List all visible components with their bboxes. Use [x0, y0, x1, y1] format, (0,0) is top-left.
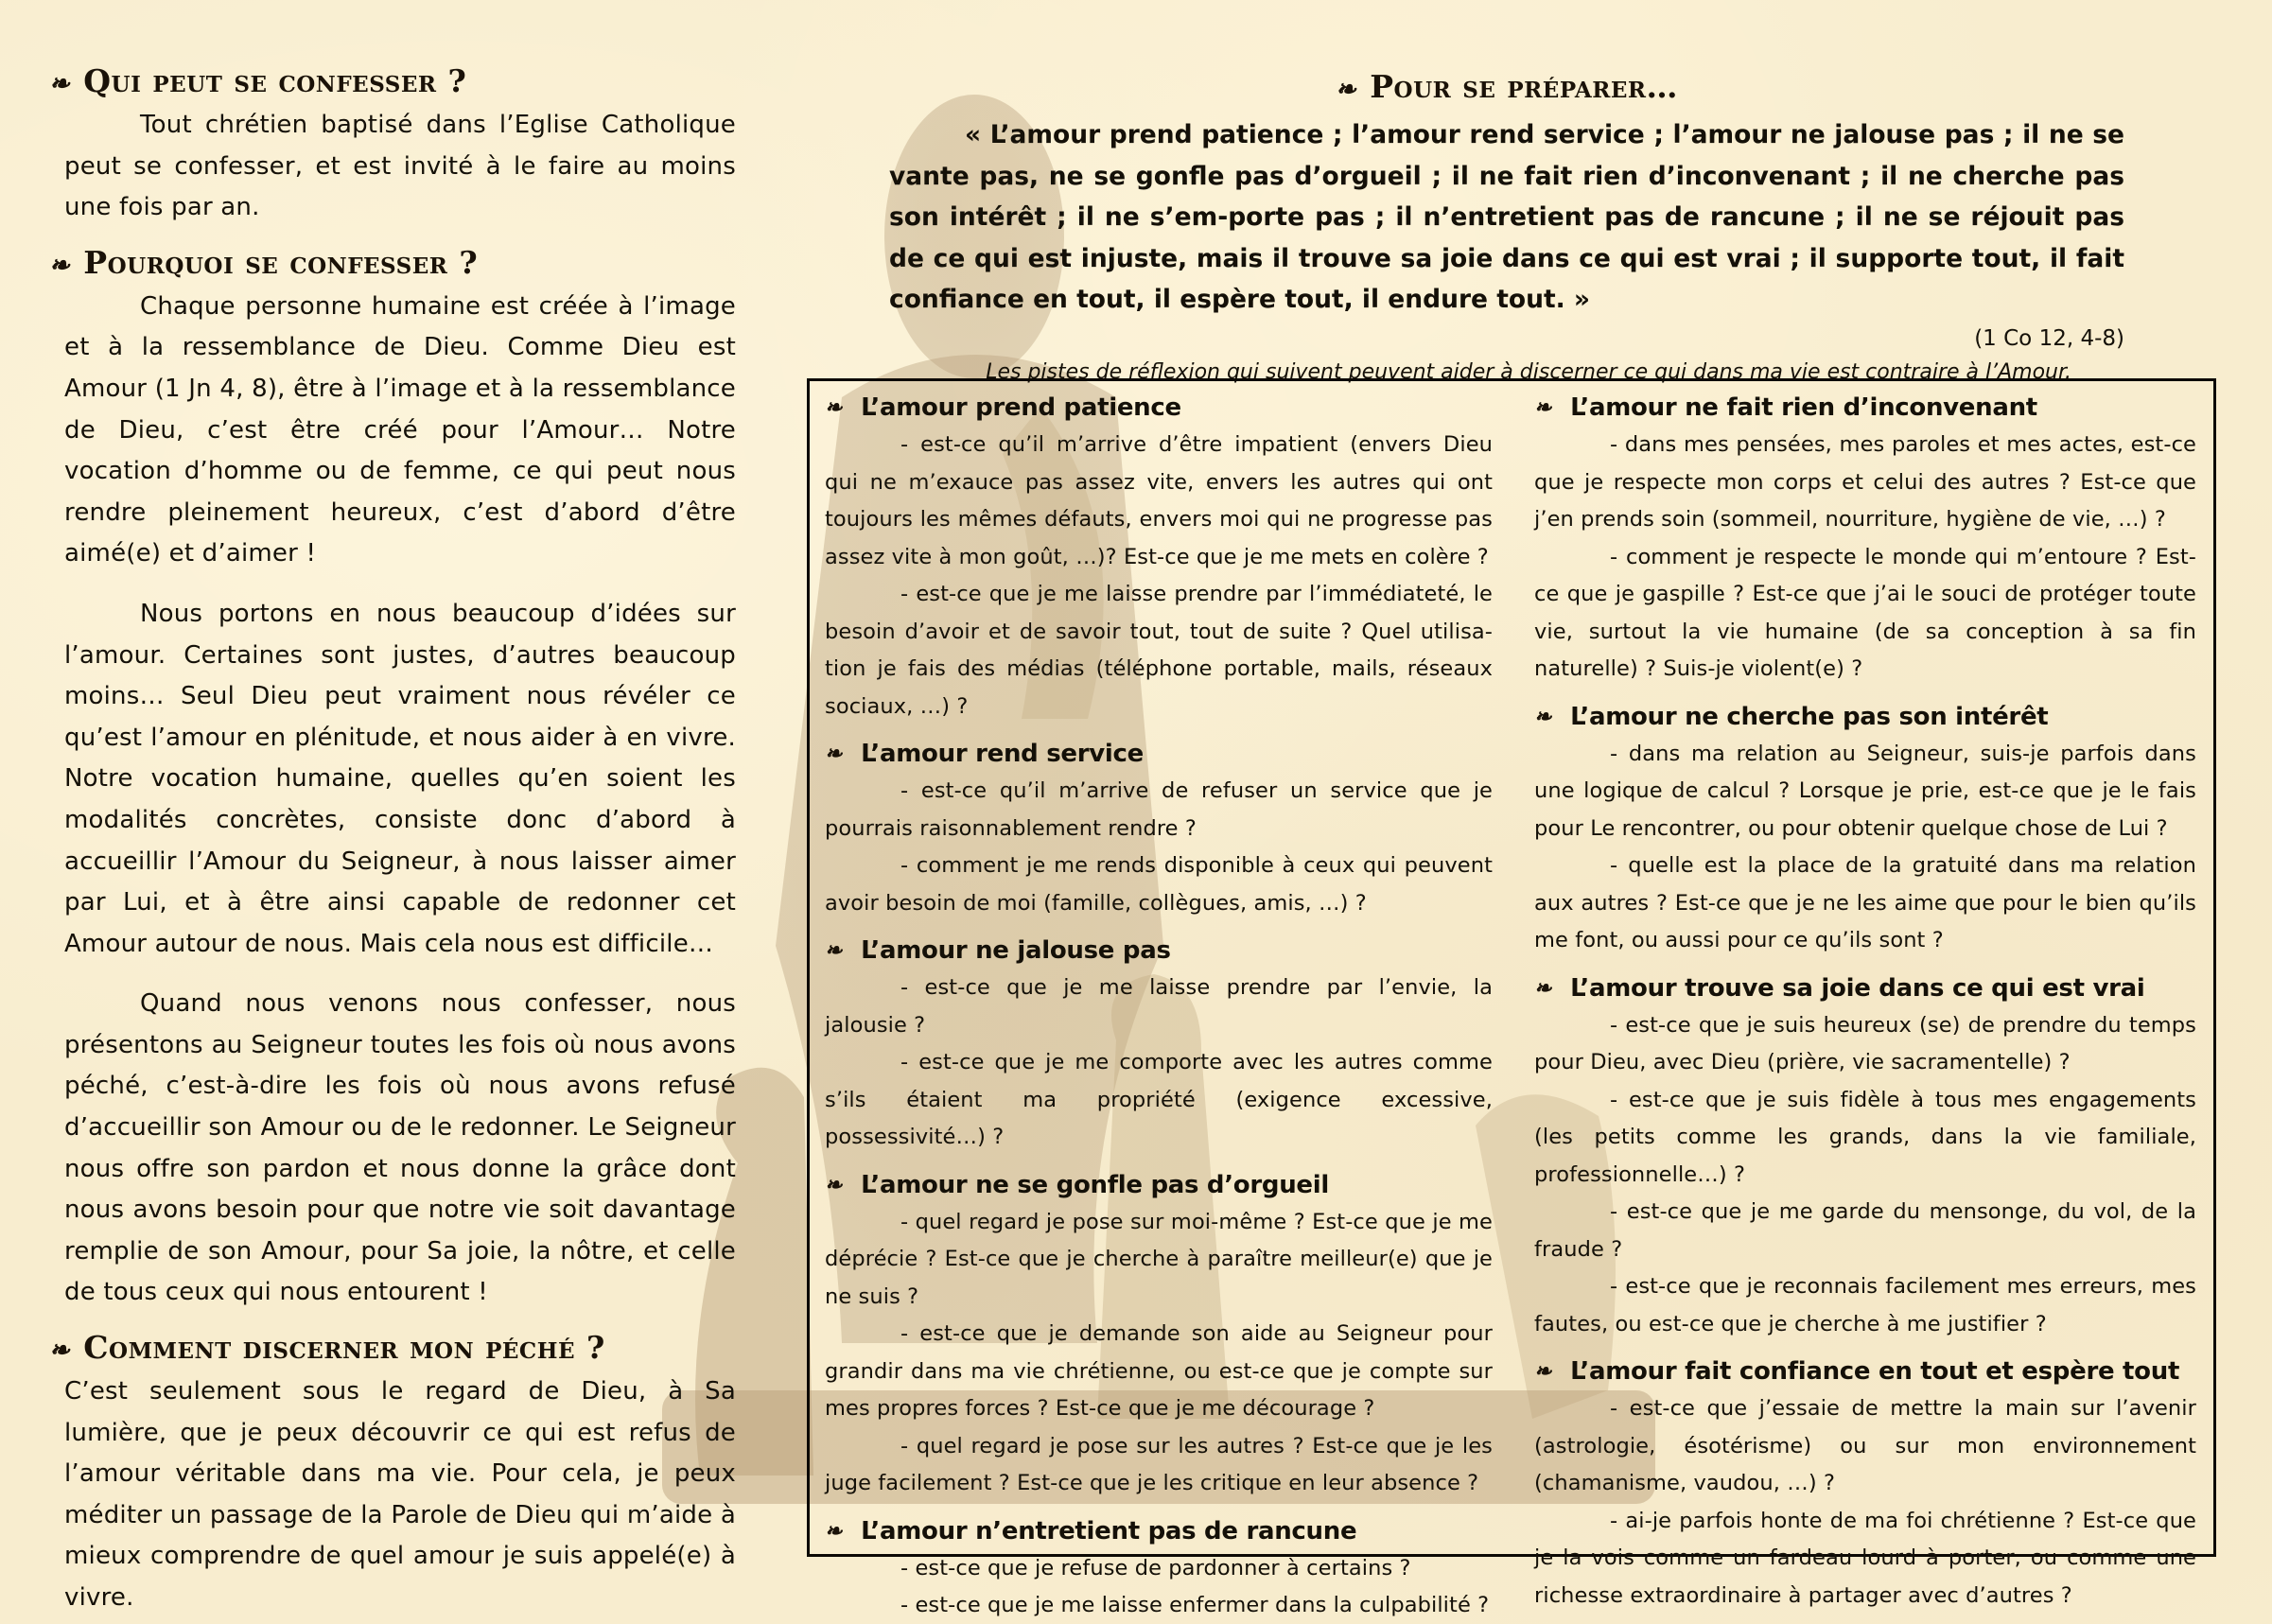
question: - est-ce que je me garde du mensonge, du… — [1534, 1194, 2196, 1268]
paragraph: Nous portons en nous beaucoup d’idées su… — [49, 594, 736, 965]
question: - quel regard je pose sur les autres ? E… — [825, 1428, 1493, 1503]
question: - dans ma relation au Seigneur, suis-je … — [1534, 736, 2196, 848]
question: - quelle est la place de la gratuité dan… — [1534, 847, 2196, 960]
fleuron-icon: ❧ — [825, 735, 842, 773]
item-title: L’amour rend service — [861, 735, 1144, 773]
prepare-section: ❧ Pour se préparer… « L’amour prend pati… — [889, 66, 2124, 389]
fleuron-icon: ❧ — [49, 245, 70, 287]
paragraph: Chaque personne humaine est créée à l’im… — [49, 287, 736, 575]
item-title: L’amour n’entretient pas de rancune — [861, 1512, 1356, 1550]
question: - est-ce que je reconnais facilement mes… — [1534, 1268, 2196, 1343]
fleuron-icon: ❧ — [49, 1330, 70, 1371]
question: - est-ce que je me laisse prendre par l’… — [825, 576, 1493, 725]
paragraph: C’est seulement sous le regard de Dieu, … — [49, 1371, 736, 1619]
exam-item-inconvenant: ❧L’amour ne fait rien d’inconvenant - da… — [1534, 389, 2196, 689]
exam-item-confiance: ❧L’amour fait confiance en tout et espèr… — [1534, 1353, 2196, 1615]
question: - comment je respecte le monde qui m’ent… — [1534, 539, 2196, 689]
exam-item-service: ❧L’amour rend service - est-ce qu’il m’a… — [825, 735, 1493, 922]
question: - est-ce que je me laisse enfermer dans … — [825, 1587, 1493, 1624]
box-right-column: ❧L’amour ne fait rien d’inconvenant - da… — [1512, 381, 2213, 1554]
item-title: L’amour ne jalouse pas — [861, 932, 1170, 969]
paragraph: Tout chrétien baptisé dans l’Eglise Cath… — [49, 105, 736, 229]
section-heading-qui-peut: ❧ Qui peut se confesser ? — [49, 61, 736, 105]
left-column: ❧ Qui peut se confesser ? Tout chrétien … — [49, 61, 736, 1624]
question: - est-ce qu’il m’arrive d’être impatient… — [825, 427, 1493, 576]
question: - est-ce qu’il m’arrive de refuser un se… — [825, 773, 1493, 847]
item-title: L’amour prend patience — [861, 389, 1181, 427]
exam-item-patience: ❧L’amour prend patience - est-ce qu’il m… — [825, 389, 1493, 725]
item-title: L’amour ne cherche pas son intérêt — [1570, 698, 2048, 736]
item-title: L’amour trouve sa joie dans ce qui est v… — [1570, 969, 2144, 1007]
question: - est-ce que je me laisse prendre par l’… — [825, 969, 1493, 1044]
exam-item-vrai: ❧L’amour trouve sa joie dans ce qui est … — [1534, 969, 2196, 1344]
question: - est-ce que je refuse de pardonner à ce… — [825, 1550, 1493, 1588]
section-heading-pour-se-preparer: ❧ Pour se préparer… — [889, 66, 2124, 111]
exam-item-rancune: ❧L’amour n’entretient pas de rancune - e… — [825, 1512, 1493, 1624]
section-heading-pourquoi: ❧ Pourquoi se confesser ? — [49, 242, 736, 287]
paragraph: Quand nous venons nous confesser, nous p… — [49, 984, 736, 1314]
exam-item-interet: ❧L’amour ne cherche pas son intérêt - da… — [1534, 698, 2196, 960]
exam-item-orgueil: ❧L’amour ne se gonfle pas d’orgueil - qu… — [825, 1166, 1493, 1503]
question: - est-ce que je suis heureux (se) de pre… — [1534, 1007, 2196, 1082]
item-title: L’amour fait confiance en tout et espère… — [1570, 1353, 2179, 1390]
fleuron-icon: ❧ — [49, 63, 70, 105]
item-title: L’amour ne fait rien d’inconvenant — [1570, 389, 2037, 427]
question: - quel regard je pose sur moi-même ? Est… — [825, 1204, 1493, 1317]
fleuron-icon: ❧ — [1534, 698, 1551, 736]
question: - est-ce que je me comporte avec les aut… — [825, 1044, 1493, 1157]
fleuron-icon: ❧ — [1534, 969, 1551, 1007]
fleuron-icon: ❧ — [825, 932, 842, 969]
question: - est-ce que j’essaie de mettre la main … — [1534, 1390, 2196, 1503]
scripture-reference: (1 Co 12, 4-8) — [889, 323, 2124, 355]
examination-box: ❧L’amour prend patience - est-ce qu’il m… — [807, 378, 2216, 1557]
box-left-column: ❧L’amour prend patience - est-ce qu’il m… — [810, 381, 1512, 1554]
fleuron-icon: ❧ — [825, 389, 842, 427]
question: - ai-je parfois honte de ma foi chrétien… — [1534, 1503, 2196, 1615]
fleuron-icon: ❧ — [1534, 1353, 1551, 1390]
fleuron-icon: ❧ — [1534, 389, 1551, 427]
fleuron-icon: ❧ — [825, 1166, 842, 1204]
question: - est-ce que je suis fidèle à tous mes e… — [1534, 1082, 2196, 1195]
question: - comment je me rends disponible à ceux … — [825, 847, 1493, 922]
fleuron-icon: ❧ — [825, 1512, 842, 1550]
item-title: L’amour ne se gonfle pas d’orgueil — [861, 1166, 1329, 1204]
exam-item-jalousie: ❧L’amour ne jalouse pas - est-ce que je … — [825, 932, 1493, 1157]
question: - dans mes pensées, mes paroles et mes a… — [1534, 427, 2196, 539]
question: - est-ce que je demande son aide au Seig… — [825, 1316, 1493, 1428]
scripture-quote: « L’amour prend patience ; l’amour rend … — [889, 114, 2124, 321]
fleuron-icon: ❧ — [1336, 69, 1356, 111]
section-heading-comment-discerner: ❧ Comment discerner mon péché ? — [49, 1327, 736, 1371]
